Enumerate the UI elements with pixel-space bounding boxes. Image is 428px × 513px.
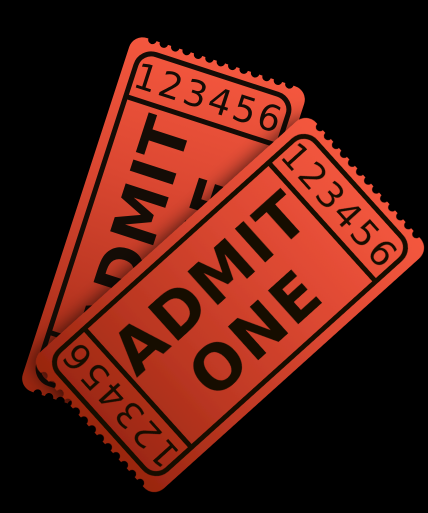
tickets-canvas: 123456 123456 ADMIT ONE 123456 123456 AD… <box>0 0 428 513</box>
tickets-illustration: 123456 123456 ADMIT ONE 123456 123456 AD… <box>0 0 428 513</box>
